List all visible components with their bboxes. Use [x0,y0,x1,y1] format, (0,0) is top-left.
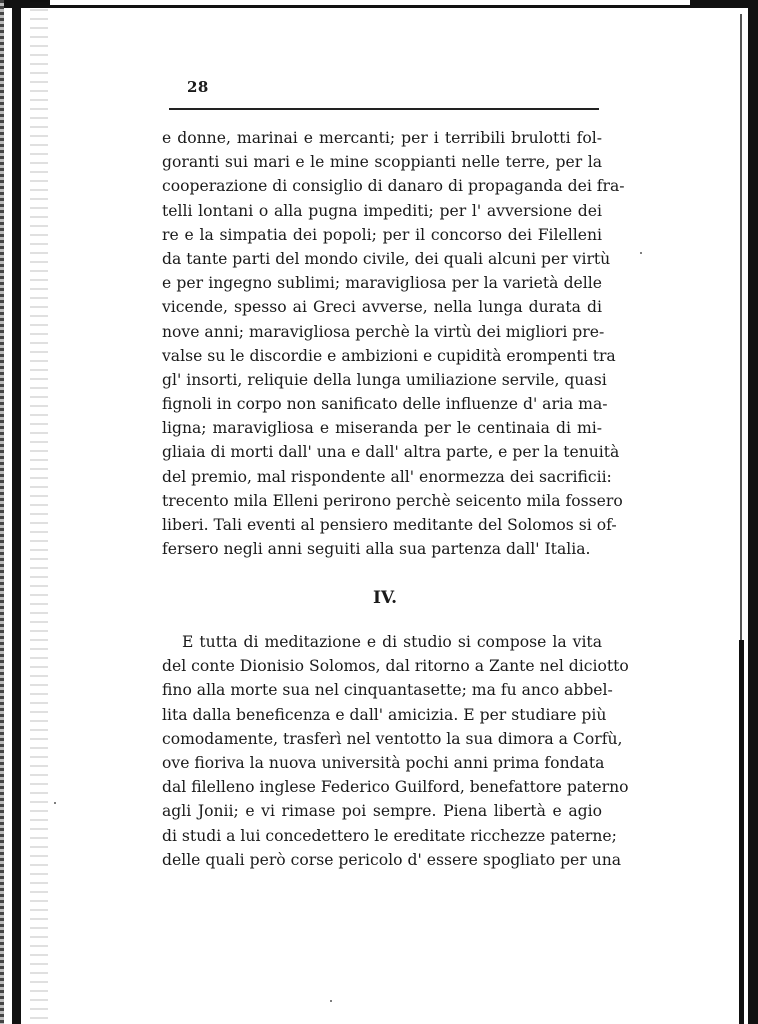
text-line: fino alla morte sua nel cinquantasette; … [162,678,602,702]
text-line: agli Jonii; e vi rimase poi sempre. Pien… [162,799,602,823]
text-line: goranti sui mari e le mine scoppianti ne… [162,150,602,174]
text-line: gliaia di morti dall' una e dall' altra … [162,440,602,464]
text-line: dal filelleno inglese Federico Guilford,… [162,775,602,799]
text-line: e per ingegno sublimi; maravigliosa per … [162,271,602,295]
scan-speck [330,1000,332,1002]
scan-speck [640,252,642,254]
paragraph-1: e donne, marinai e mercanti; per i terri… [162,126,602,561]
text-line: gl' insorti, reliquie della lunga umilia… [162,368,602,392]
text-line: ligna; maravigliosa e miseranda per le c… [162,416,602,440]
scan-border-left-outer [0,0,4,1024]
text-line: ove fioriva la nuova università pochi an… [162,751,602,775]
paragraph-2: E tutta di meditazione e di studio si co… [162,630,602,872]
text-line: E tutta di meditazione e di studio si co… [162,630,602,654]
text-line: lita dalla beneficenza e dall' amicizia.… [162,703,602,727]
text-line: comodamente, trasferì nel ventotto la su… [162,727,602,751]
text-line: e donne, marinai e mercanti; per i terri… [162,126,602,150]
header-rule [169,108,599,110]
text-line: cooperazione di consiglio di danaro di p… [162,174,602,198]
text-line: liberi. Tali eventi al pensiero meditant… [162,513,602,537]
scan-shadow-right [739,640,744,1024]
text-line: da tante parti del mondo civile, dei qua… [162,247,602,271]
text-line: re e la simpatia dei popoli; per il conc… [162,223,602,247]
text-line: del conte Dionisio Solomos, dal ritorno … [162,654,602,678]
text-line: del premio, mal rispondente all' enormez… [162,465,602,489]
scan-speck [54,802,56,804]
section-heading: IV. [0,588,758,608]
text-line: fersero negli anni seguiti alla sua part… [162,537,602,561]
text-line: valse su le discordie e ambizioni e cupi… [162,344,602,368]
scan-noise-left [30,0,48,1024]
text-line: delle quali però corse pericolo d' esser… [162,848,602,872]
scan-border-top-gap [50,0,690,5]
text-line: trecento mila Elleni perirono perchè sei… [162,489,602,513]
text-line: fignoli in corpo non sanificato delle in… [162,392,602,416]
text-line: vicende, spesso ai Greci avverse, nella … [162,295,602,319]
page-number: 28 [187,78,209,96]
scan-border-right [748,0,758,1024]
scan-border-left [12,0,21,1024]
text-line: nove anni; maravigliosa perchè la virtù … [162,320,602,344]
text-line: di studi a lui concedettero le ereditate… [162,824,602,848]
text-line: telli lontani o alla pugna impediti; per… [162,199,602,223]
